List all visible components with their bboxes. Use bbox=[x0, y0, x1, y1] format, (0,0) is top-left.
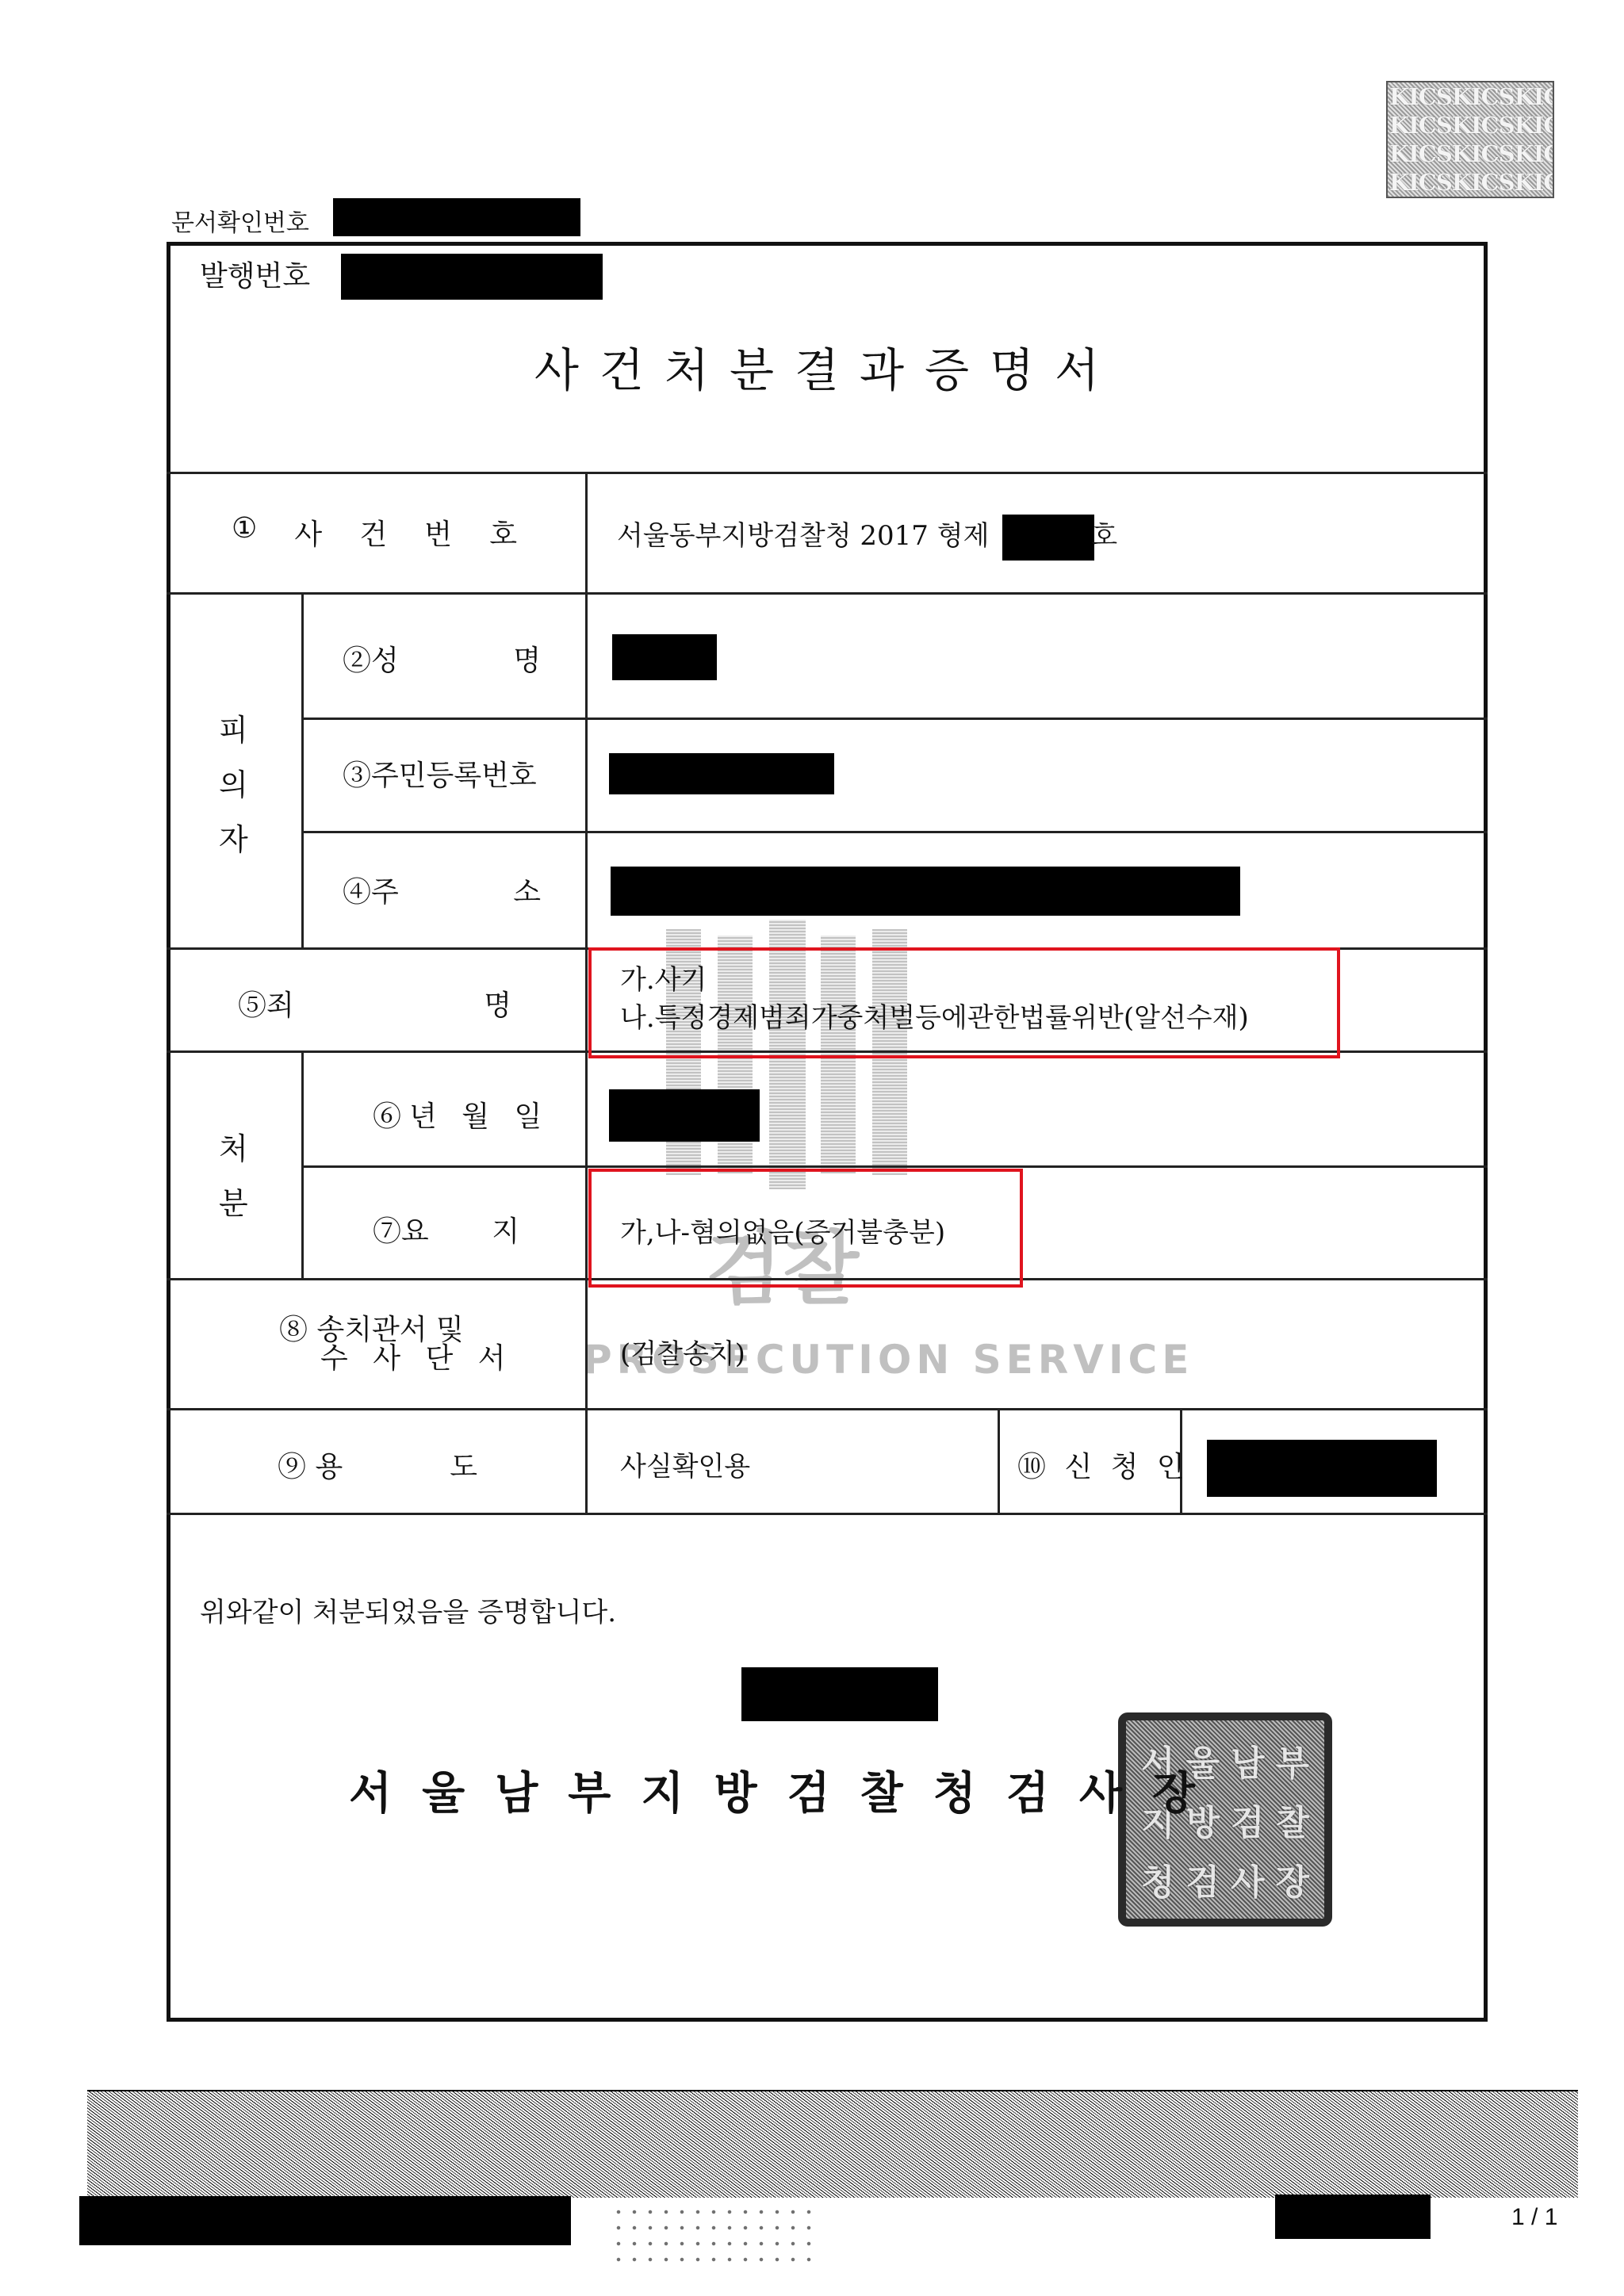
referral-value: (검찰송치) bbox=[620, 1332, 745, 1371]
doc-check-number-label: 문서확인번호 bbox=[171, 203, 309, 238]
footer-right-redacted bbox=[1275, 2195, 1431, 2239]
charge-highlight-box bbox=[588, 947, 1340, 1058]
certification-text: 위와같이 처분되었음을 증명합니다. bbox=[200, 1590, 616, 1629]
purpose-value: 사실확인용 bbox=[620, 1445, 750, 1483]
row-divider bbox=[301, 831, 1488, 833]
purpose-label: ⑨ 용 도 bbox=[278, 1445, 477, 1485]
doc-check-number-redacted bbox=[333, 198, 580, 236]
row-divider bbox=[167, 1408, 1488, 1410]
case-number-label: ① 사 건 번 호 bbox=[232, 512, 517, 553]
date-label: ⑥년 월 일 bbox=[373, 1094, 550, 1135]
issue-number-redacted bbox=[341, 254, 603, 300]
column-divider bbox=[585, 472, 588, 1513]
column-divider bbox=[301, 592, 304, 947]
case-number-value: 서울동부지방검찰청 2017 형제 호 bbox=[617, 514, 1117, 561]
issue-number-label: 발행번호 bbox=[200, 254, 310, 294]
row-divider bbox=[167, 1513, 1488, 1515]
case-number-redacted bbox=[1002, 515, 1094, 561]
row-divider bbox=[301, 1165, 1488, 1168]
name-redacted bbox=[612, 634, 717, 680]
column-divider bbox=[998, 1408, 1000, 1513]
row-divider bbox=[167, 472, 1488, 474]
suspect-group-label: 피 의 자 bbox=[219, 706, 248, 859]
summary-label: ⑦요 지 bbox=[373, 1209, 519, 1249]
applicant-redacted bbox=[1207, 1440, 1437, 1497]
address-label: ④주 소 bbox=[343, 870, 541, 910]
issuing-authority: 서울남부지방검찰청검사장 bbox=[349, 1758, 1225, 1822]
row-divider bbox=[167, 592, 1488, 595]
kics-stamp: KICSKICSKIC KICSKICSKIC KICSKICSKIC KICS… bbox=[1386, 81, 1554, 198]
date-issued-redacted bbox=[741, 1667, 938, 1721]
page-number: 1 / 1 bbox=[1511, 2204, 1557, 2231]
security-noise-band bbox=[87, 2090, 1578, 2198]
row-divider bbox=[301, 717, 1488, 720]
security-dot-pattern bbox=[611, 2204, 817, 2267]
column-divider bbox=[301, 1050, 304, 1278]
date-redacted bbox=[609, 1089, 760, 1142]
resident-number-redacted bbox=[609, 753, 834, 794]
charge-label: ⑤죄 명 bbox=[238, 983, 511, 1024]
referral-label: ⑧ 송치관서 및 수 사 단 서 bbox=[279, 1316, 513, 1373]
disposition-group-label: 처 분 bbox=[219, 1124, 248, 1223]
name-label: ②성 명 bbox=[343, 638, 541, 679]
summary-highlight-box bbox=[588, 1169, 1023, 1288]
footer-left-redacted bbox=[79, 2196, 571, 2245]
resident-number-label: ③주민등록번호 bbox=[343, 753, 537, 794]
address-redacted bbox=[611, 867, 1240, 916]
page-title: 사건처분결과증명서 bbox=[167, 333, 1488, 400]
applicant-label: ⑩ 신 청 인 bbox=[1017, 1445, 1189, 1485]
